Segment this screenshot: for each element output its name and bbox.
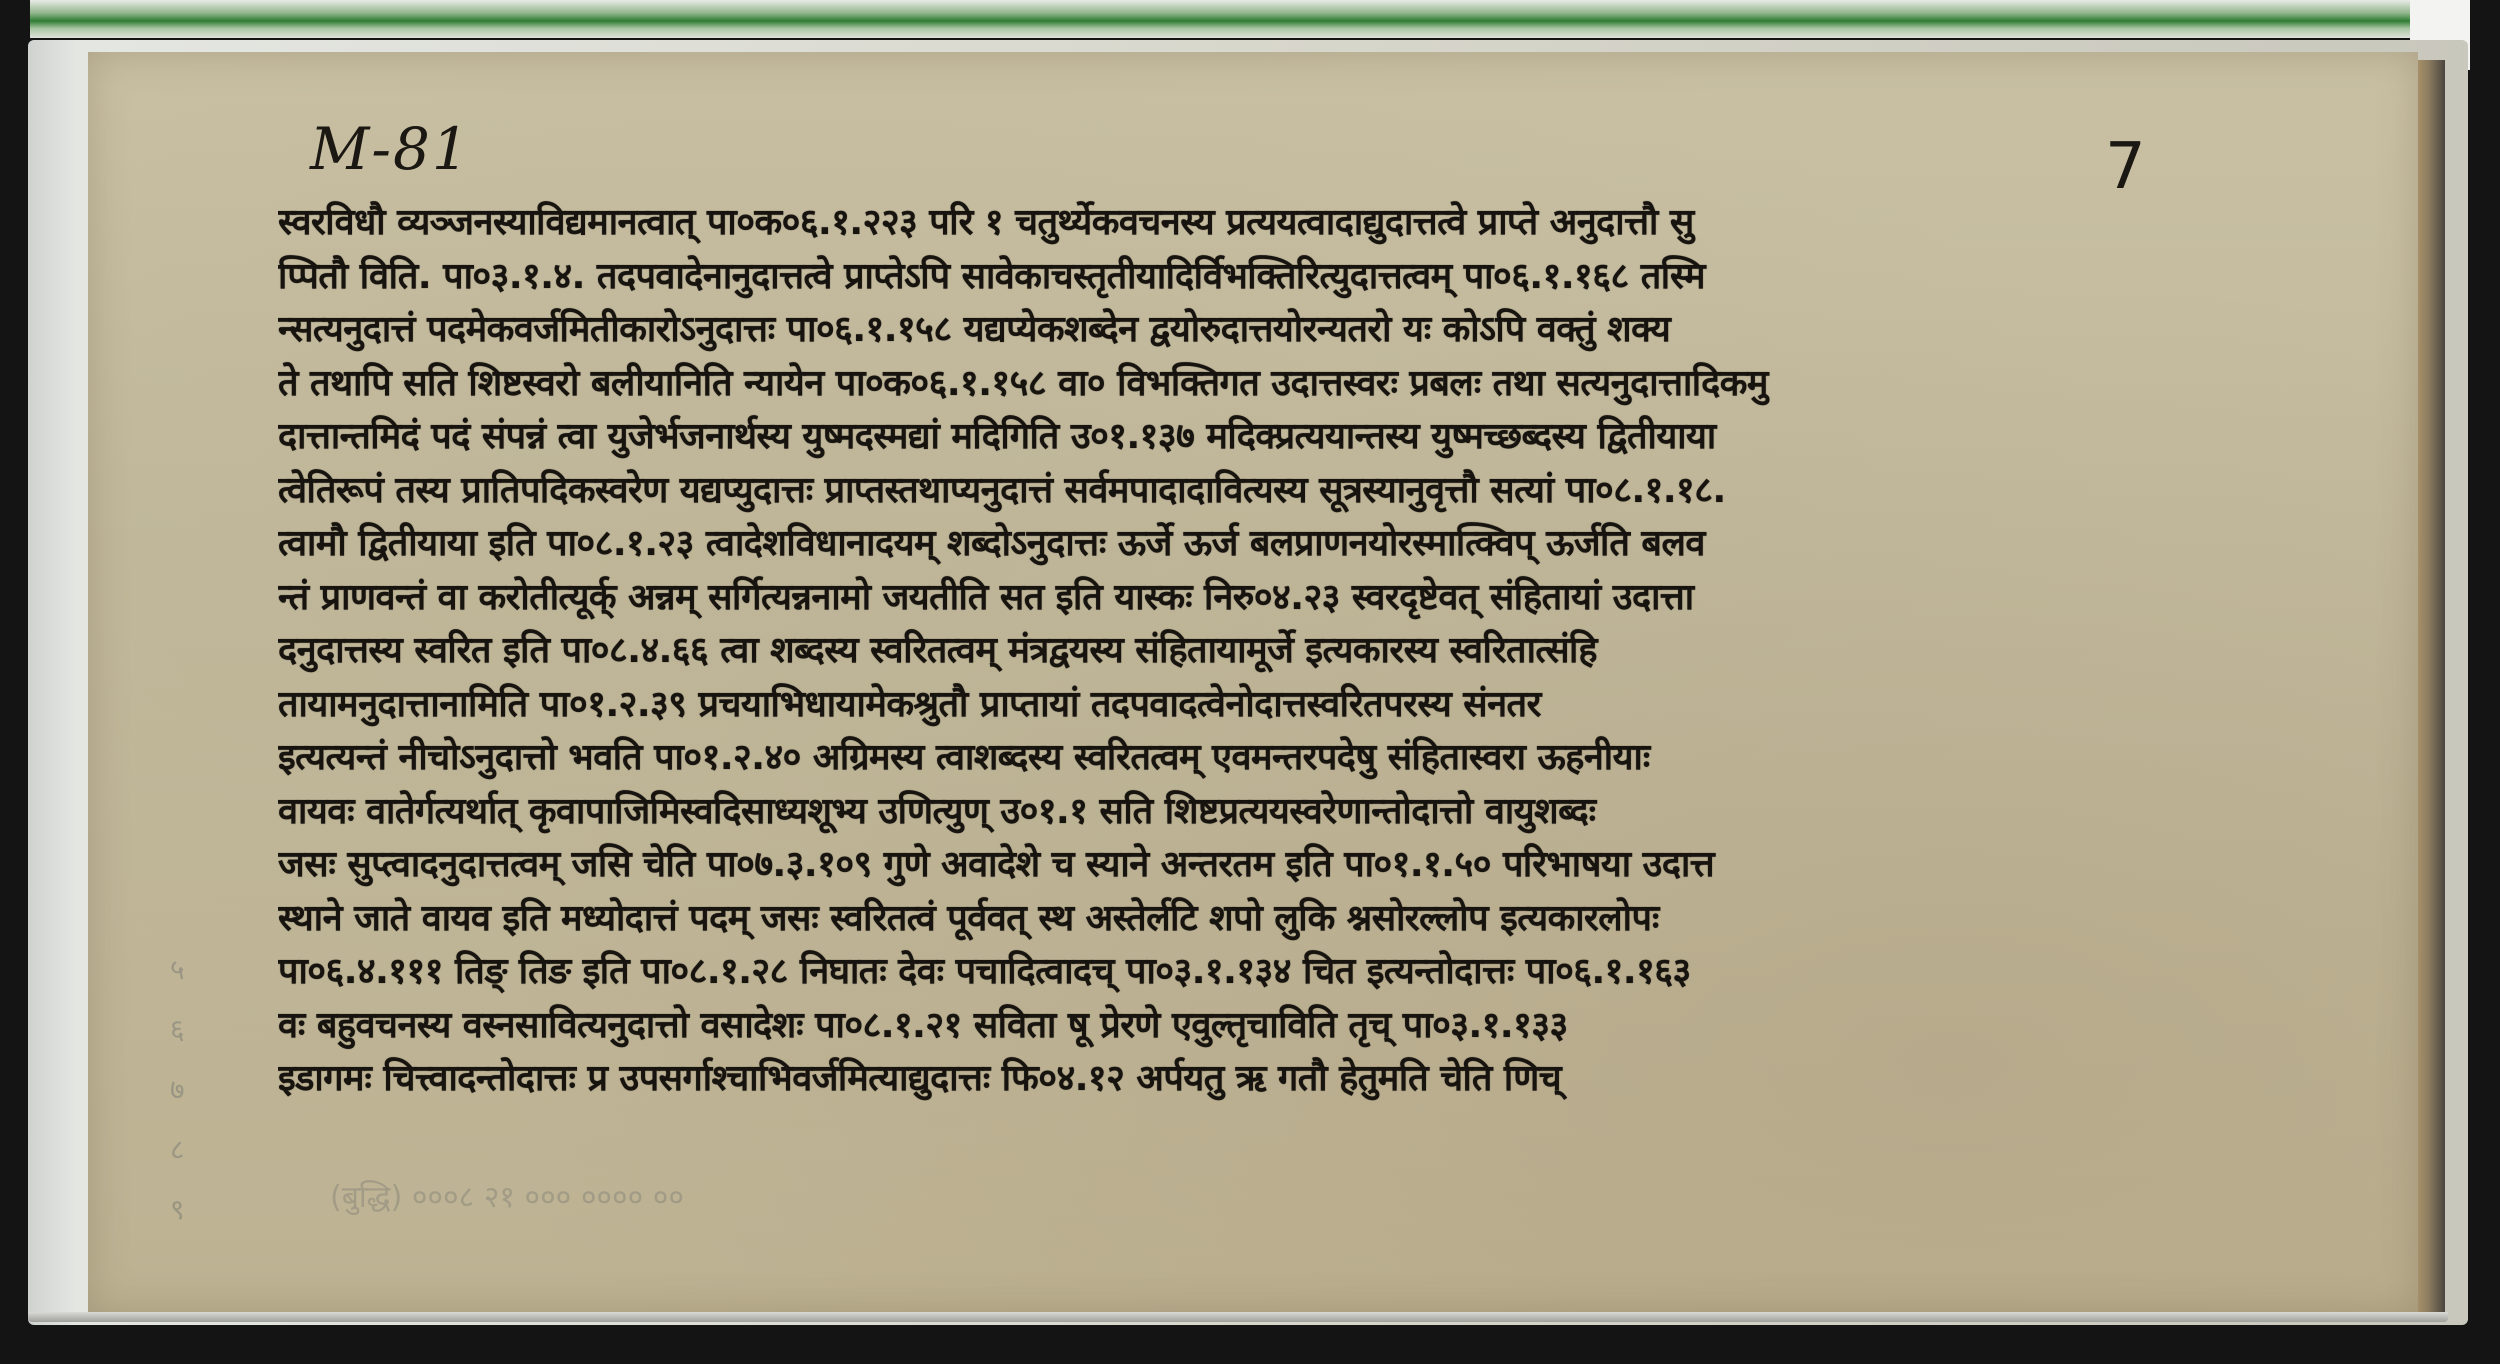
margin-note: M-81 xyxy=(310,115,471,183)
text-line: स्थाने जाते वायव इति मध्योदात्तं पदम् जस… xyxy=(278,892,2228,946)
text-line: न्तं प्राणवन्तं वा करोतीत्यूर्क् अन्नम् … xyxy=(278,571,2228,625)
text-line: प्पितौ विति. पा०३.१.४. तदपवादेनानुदात्तत… xyxy=(278,250,2228,304)
page-number: 7 xyxy=(2105,130,2146,204)
text-line: तायामनुदात्तानामिति पा०१.२.३९ प्रचयाभिधा… xyxy=(278,678,2228,732)
faded-margin-marks: ५ ६ ७ ८ ९ xyxy=(170,940,210,1240)
text-line: दात्तान्तमिदं पदं संपन्नं त्वा युजेर्भजन… xyxy=(278,410,2228,464)
text-line: न्सत्यनुदात्तं पदमेकवर्जमितीकारोऽनुदात्त… xyxy=(278,303,2228,357)
faded-mark: ७ xyxy=(170,1060,210,1120)
text-line: इडागमः चित्त्वादन्तोदात्तः प्र उपसर्गाश्… xyxy=(278,1052,2228,1106)
text-line: त्वेतिरूपं तस्य प्रातिपदिकस्वरेण यद्यप्य… xyxy=(278,464,2228,518)
text-line: दनुदात्तस्य स्वरित इति पा०८.४.६६ त्वा शब… xyxy=(278,624,2228,678)
text-line: त्वामौ द्वितीयाया इति पा०८.१.२३ त्वादेशव… xyxy=(278,517,2228,571)
text-line: वायवः वातेर्गत्यर्थात् कृवापाजिमिस्वदिसा… xyxy=(278,785,2228,839)
top-edge-green-strip xyxy=(30,0,2470,38)
text-line: वः बहुवचनस्य वस्नसावित्यनुदात्तो वसादेशः… xyxy=(278,999,2228,1053)
bleed-through-text: (बुद्धि) ०००८ २१ ००० ०००० ०० xyxy=(330,1175,1830,1216)
faded-mark: ८ xyxy=(170,1120,210,1180)
text-line: इत्यत्यन्तं नीचोऽनुदात्तो भवति पा०१.२.४०… xyxy=(278,731,2228,785)
text-line: जसः सुप्त्वादनुदात्तत्वम् जसि चेति पा०७.… xyxy=(278,838,2228,892)
faded-mark: ६ xyxy=(170,1000,210,1060)
sleeve-bottom-edge xyxy=(28,1312,2448,1322)
faded-mark: ५ xyxy=(170,940,210,1000)
text-line: ते तथापि सति शिष्टस्वरो बलीयानिति न्याये… xyxy=(278,357,2228,411)
text-line: स्वरविधौ व्यञ्जनस्याविद्यमानत्वात् पा०क०… xyxy=(278,196,2228,250)
manuscript-text-block: स्वरविधौ व्यञ्जनस्याविद्यमानत्वात् पा०क०… xyxy=(278,196,2228,1106)
text-line: पा०६.४.१११ तिङ् तिङ इति पा०८.१.२८ निघातः… xyxy=(278,945,2228,999)
faded-mark: ९ xyxy=(170,1180,210,1240)
